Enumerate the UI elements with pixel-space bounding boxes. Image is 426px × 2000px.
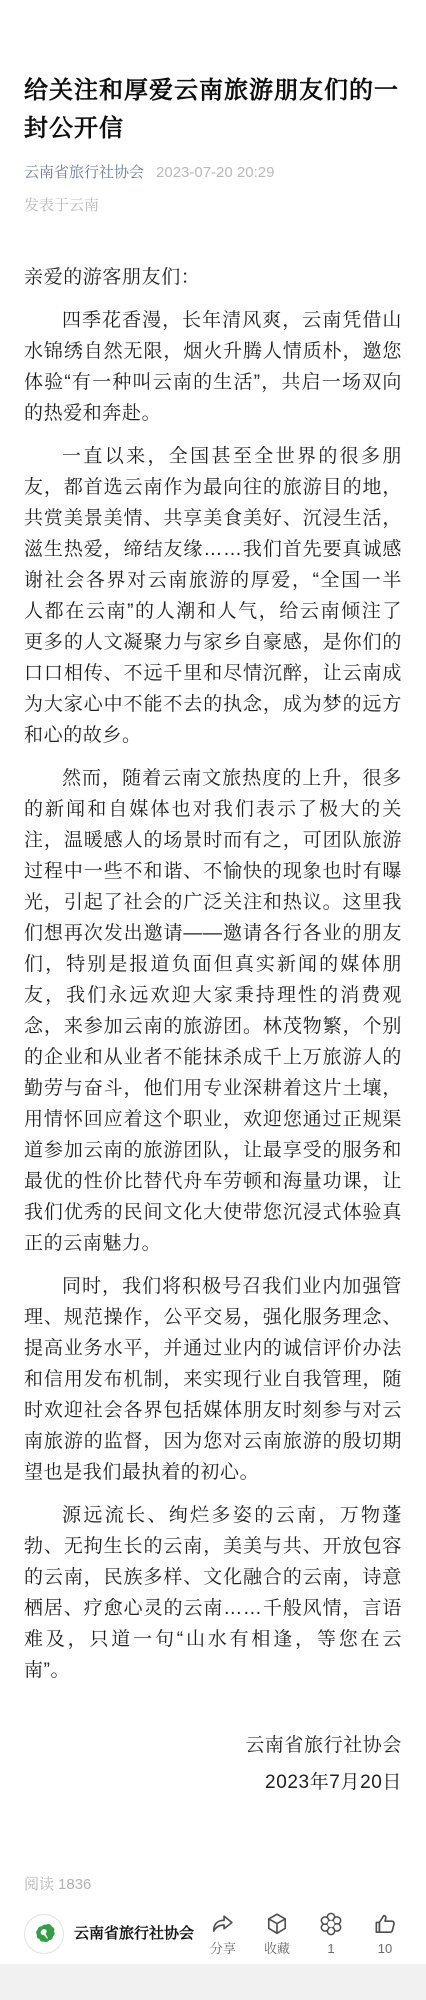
article-content: 给关注和厚爱云南旅游朋友们的一封公开信 云南省旅行社协会 2023-07-20 … [0,0,426,1957]
page-title: 给关注和厚爱云南旅游朋友们的一封公开信 [24,72,402,148]
publish-location: 发表于云南 [24,195,402,216]
signature-name: 云南省旅行社协会 [24,1730,402,1761]
like-count: 10 [378,1941,392,1957]
share-icon [210,1911,236,1937]
paragraph-4: 同时，我们将积极号召我们业内加强管理、规范操作，公平交易，强化服务理念、提高业务… [24,1271,402,1488]
account-name-link[interactable]: 云南省旅行社协会 [24,162,144,183]
wow-button[interactable]: 1 [314,1911,348,1957]
comment-section-strip [0,1964,426,2000]
account-logo-icon [24,1914,64,1954]
favorite-box-icon [264,1911,290,1937]
action-buttons: 分享 收藏 [206,1911,402,1957]
paragraph-1: 四季花香漫，长年清风爽，云南凭借山水锦绣自然无限，烟火升腾人情质朴，邀您体验“有… [24,305,402,429]
share-button[interactable]: 分享 [206,1911,240,1957]
paragraph-3: 然而，随着云南文旅热度的上升，很多的新闻和自媒体也对我们表示了极大的关注，温暖感… [24,763,402,1259]
read-count-value: 1836 [58,1876,91,1893]
share-label: 分享 [210,1941,236,1957]
footer-account-name: 云南省旅行社协会 [74,1924,200,1944]
wow-count: 1 [327,1941,334,1957]
wow-flower-icon [318,1911,344,1937]
paragraph-2: 一直以来，全国甚至全世界的很多朋友，都首选云南作为最向往的旅游目的地，共赏美景美… [24,441,402,751]
article-body: 亲爱的游客朋友们： 四季花香漫，长年清风爽，云南凭借山水锦绣自然无限，烟火升腾人… [24,262,402,1798]
favorite-button[interactable]: 收藏 [260,1911,294,1957]
read-count: 阅读1836 [24,1874,402,1895]
article-page: 给关注和厚爱云南旅游朋友们的一封公开信 云南省旅行社协会 2023-07-20 … [0,0,426,2000]
byline: 云南省旅行社协会 2023-07-20 20:29 [24,162,402,183]
publish-time: 2023-07-20 20:29 [156,162,274,183]
read-count-label: 阅读 [24,1876,54,1893]
salutation: 亲爱的游客朋友们： [24,262,402,293]
like-button[interactable]: 10 [368,1911,402,1957]
signature-date: 2023年7月20日 [24,1767,402,1798]
account-chip[interactable]: 云南省旅行社协会 [24,1914,200,1954]
paragraph-5: 源远流长、绚烂多姿的云南，万物蓬勃、无拘生长的云南，美美与共、开放包容的云南，民… [24,1500,402,1686]
footer-action-bar: 云南省旅行社协会 分享 [24,1911,402,1957]
favorite-label: 收藏 [264,1941,290,1957]
thumbs-up-icon [372,1911,398,1937]
